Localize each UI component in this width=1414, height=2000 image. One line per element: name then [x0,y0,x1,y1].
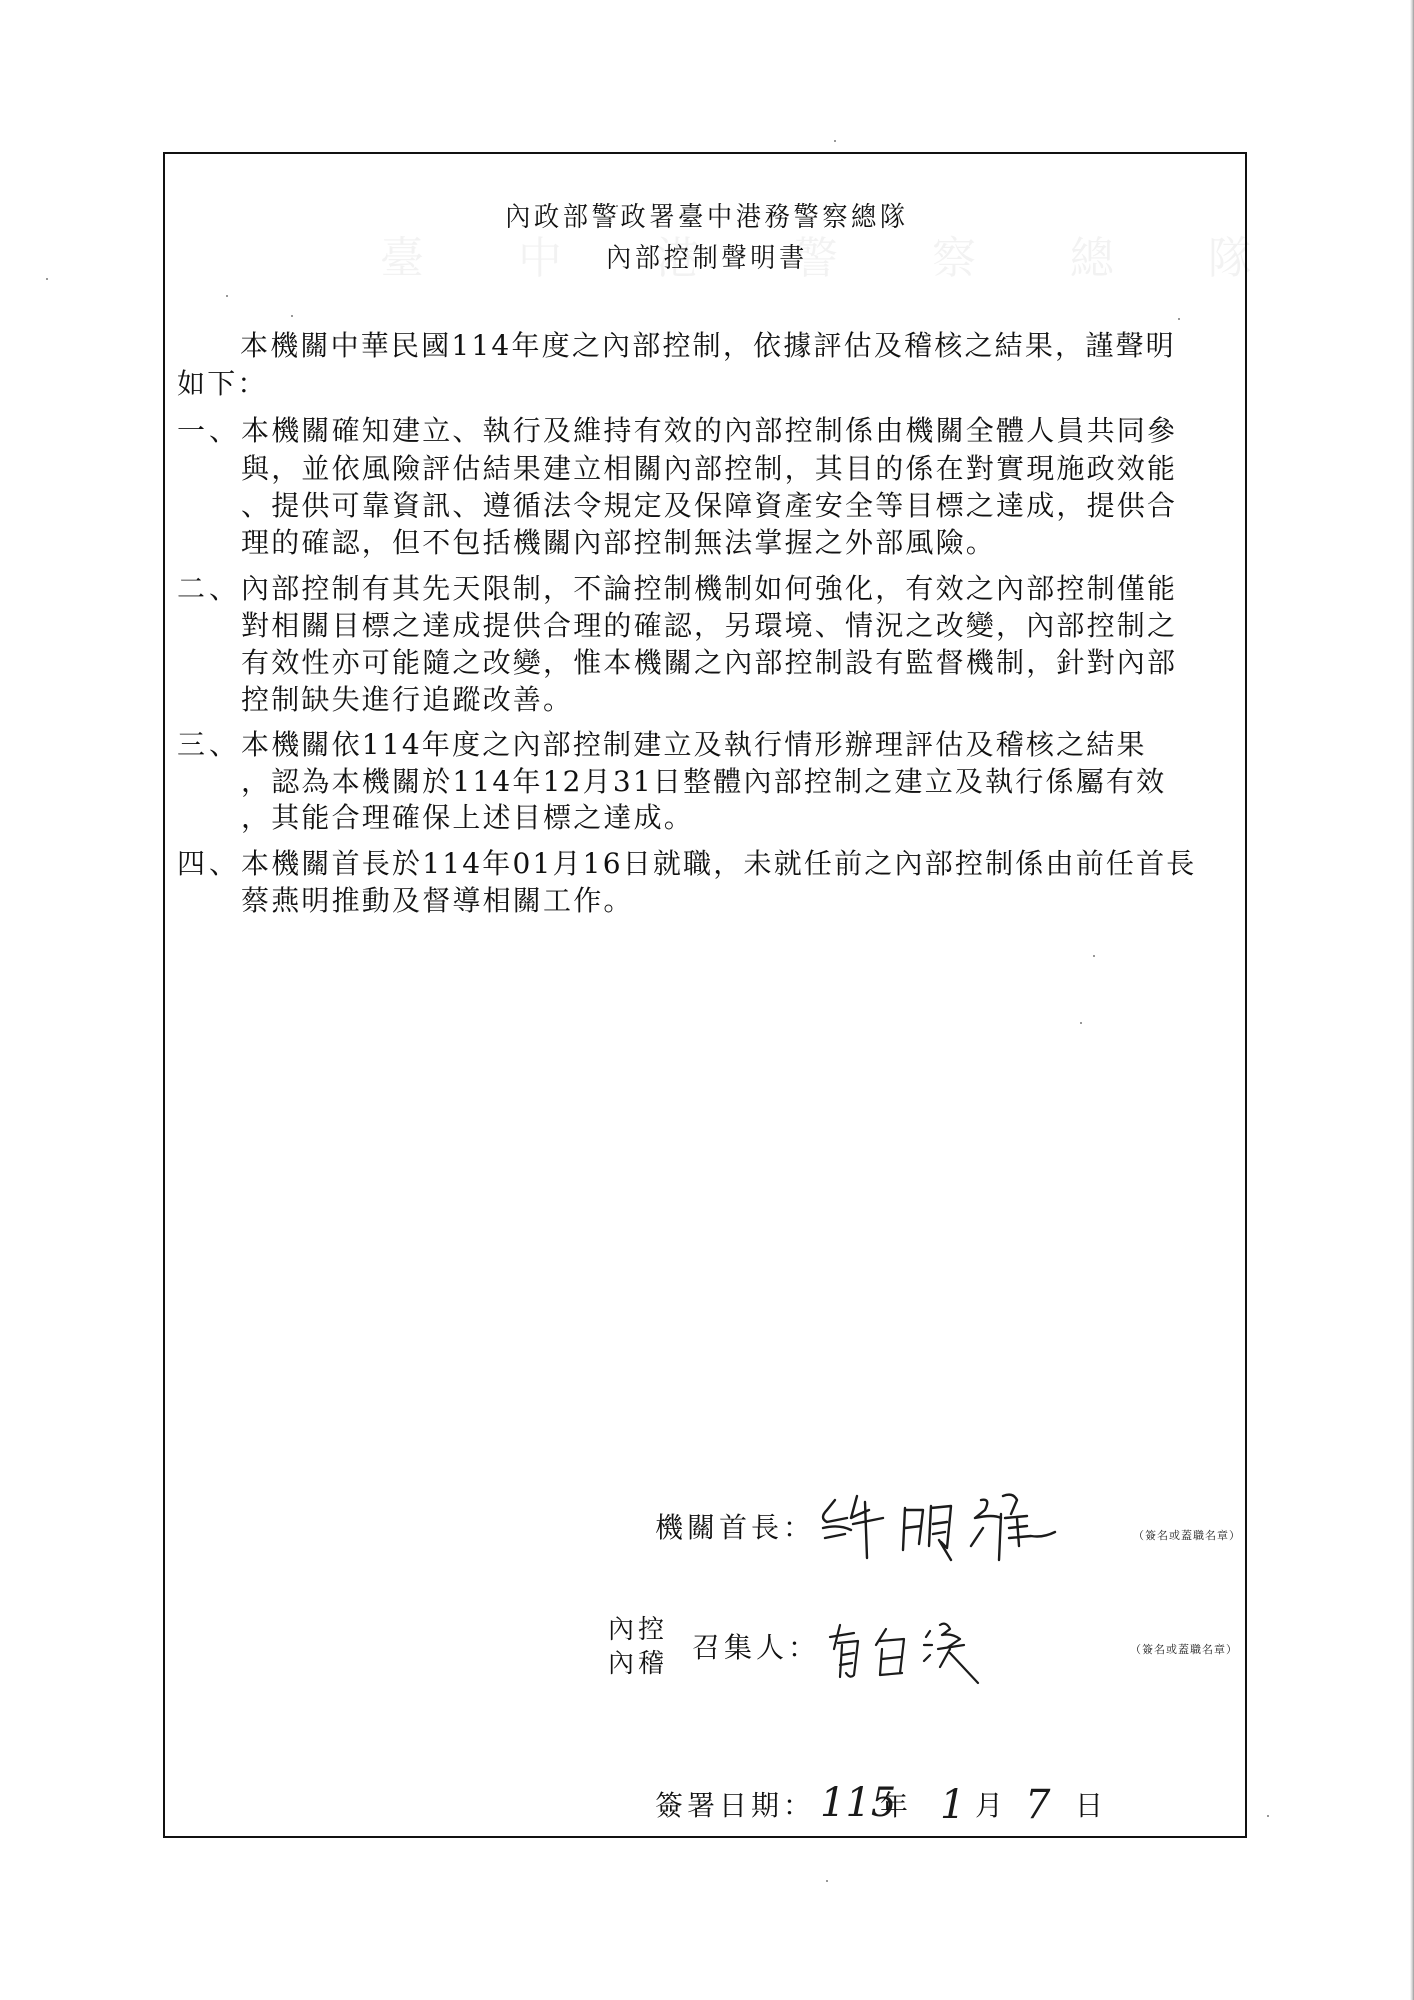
signing-date-label: 簽署日期： [655,1788,815,1824]
item-1-line-2: 與，並依風險評估結果建立相關內部控制，其目的係在對實現施政效能 [241,451,1177,487]
scan-speck [46,278,48,280]
scan-speck [834,140,836,142]
date-month-unit: 月 [975,1788,1007,1824]
scan-edge-shadow [1410,0,1414,2000]
item-3-line-2: ，認為本機關於114年12月31日整體內部控制之建立及執行係屬有效 [241,764,1166,800]
item-2-line-3: 有效性亦可能隨之改變，惟本機關之內部控制設有監督機制，針對內部 [241,645,1177,681]
date-month-handwritten: 1 [940,1782,965,1828]
item-marker-4: 四、 [177,846,241,882]
handwritten-signature-icon [820,1615,1000,1695]
document-border-frame [163,152,1247,1838]
convener-prefix-internal-audit: 內稽 [608,1646,668,1682]
item-marker-1: 一、 [177,413,241,449]
agency-head-signature [805,1488,1095,1568]
date-year-unit: 年 [880,1788,912,1824]
date-day-unit: 日 [1075,1788,1107,1824]
document-title: 內部控制聲明書 [49,236,1364,275]
item-marker-2: 二、 [177,571,241,607]
item-marker-3: 三、 [177,727,241,763]
agency-head-seal-note: （簽名或蓋職名章） [1133,1527,1241,1543]
convener-prefix-internal-control: 內控 [608,1612,668,1648]
item-3-line-1: 本機關依114年度之內部控制建立及執行情形辦理評估及稽核之結果 [241,727,1147,763]
agency-title: 內政部警政署臺中港務警察總隊 [49,195,1364,234]
intro-line-2: 如下： [177,366,268,402]
agency-head-label: 機關首長： [655,1510,815,1546]
item-3-line-3: ，其能合理確保上述目標之達成。 [241,800,694,836]
item-2-line-4: 控制缺失進行追蹤改善。 [241,682,573,718]
item-4-line-2: 蔡燕明推動及督導相關工作。 [241,883,634,919]
item-1-line-4: 理的確認，但不包括機關內部控制無法掌握之外部風險。 [241,525,996,561]
date-day-handwritten: 7 [1025,1782,1050,1828]
item-1-line-1: 本機關確知建立、執行及維持有效的內部控制係由機關全體人員共同參 [241,413,1177,449]
convener-seal-note: （簽名或蓋職名章） [1130,1641,1238,1657]
intro-line-1: 本機關中華民國114年度之內部控制，依據評估及稽核之結果，謹聲明 [240,328,1176,364]
convener-signature [820,1615,1000,1695]
scan-speck [1267,1815,1269,1817]
scan-speck [826,1880,828,1882]
scanned-document-page: 臺 中 港 警 察 總 隊 內政部警政署臺中港務警察總隊 內部控制聲明書 本機關… [0,0,1414,2000]
convener-label: 召集人： [692,1630,820,1666]
handwritten-signature-icon [805,1488,1095,1568]
item-2-line-1: 內部控制有其先天限制，不論控制機制如何強化，有效之內部控制僅能 [241,571,1177,607]
item-4-line-1: 本機關首長於114年01月16日就職，未就任前之內部控制係由前任首長 [241,846,1197,882]
item-1-line-3: 、提供可靠資訊、遵循法令規定及保障資產安全等目標之達成，提供合 [241,488,1177,524]
item-2-line-2: 對相關目標之達成提供合理的確認，另環境、情況之改變，內部控制之 [241,608,1177,644]
